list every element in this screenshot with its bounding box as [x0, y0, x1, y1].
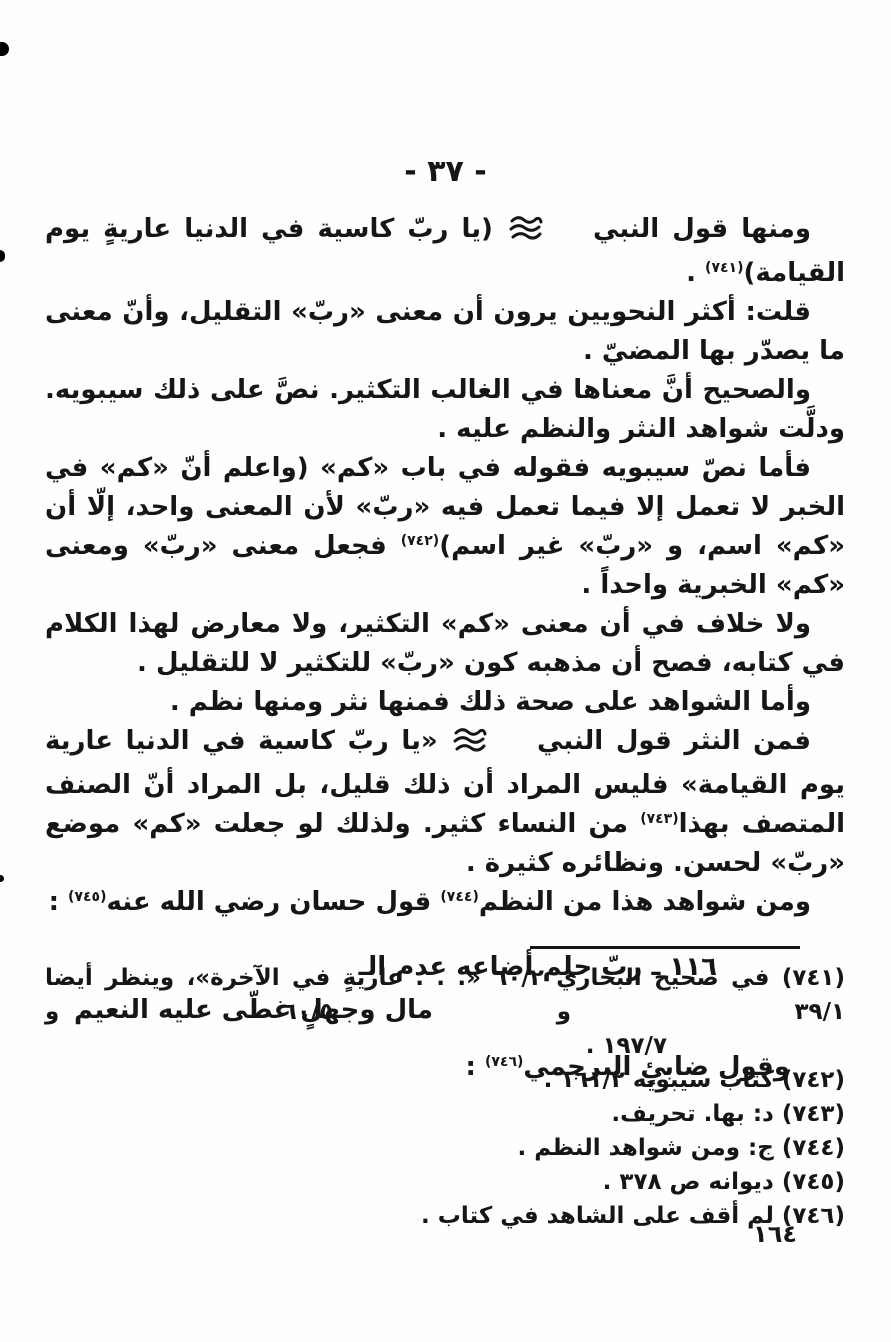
footnote-ref: (٧٤٥)	[68, 889, 106, 905]
paragraph-shawahid: وأما الشواهد على صحة ذلك فمنها نثر ومنها…	[45, 683, 845, 722]
pbuh-ligature-icon	[509, 214, 577, 254]
footnote-item: (٧٤٦) لم أقف على الشاهد في كتاب .	[45, 1199, 845, 1233]
scan-binding-artifact	[0, 42, 9, 56]
paragraph-min-nazm: ومن شواهد هذا من النظم(٧٤٤) قول حسان رضي…	[45, 883, 845, 922]
footnote-ref: (٧٤٢)	[401, 533, 439, 549]
footnote-text: في صحيح البخاري ٦٠/٢ «. . . عاريةٍ في ال…	[45, 965, 845, 1025]
footnote-item: (٧٤٤) ج: ومن شواهد النظم .	[45, 1131, 845, 1165]
footnote-list: (٧٤١) في صحيح البخاري ٦٠/٢ «. . . عاريةٍ…	[45, 961, 845, 1233]
paragraph-sahih-takthir: والصحيح أنَّ معناها في الغالب التكثير. ن…	[45, 371, 845, 449]
footnote-item: (٧٤٢) كتاب سيبويه ١٦١/٢ .	[45, 1063, 845, 1097]
footnote-text: د: بها. تحريف.	[611, 1101, 782, 1127]
footnote-item: (٧٤٥) ديوانه ص ٣٧٨ .	[45, 1165, 845, 1199]
scan-binding-artifact	[0, 250, 5, 262]
paragraph-qultu: قلت: أكثر النحويين يرون أن معنى «ربّ» ال…	[45, 293, 845, 371]
footnote-item: (٧٤١) في صحيح البخاري ٦٠/٢ «. . . عاريةٍ…	[45, 961, 845, 1063]
footnote-marker: (٧٤٣)	[782, 1101, 845, 1127]
footnote-ref: (٧٤١)	[705, 260, 743, 276]
footnote-text: لم أقف على الشاهد في كتاب .	[421, 1203, 782, 1229]
footnote-continuation: ١٩٧/٧ .	[45, 1029, 845, 1063]
footnote-ref: (٧٤٤)	[440, 889, 478, 905]
scan-binding-artifact	[0, 875, 4, 882]
footnote-text: كتاب سيبويه ١٦١/٢ .	[544, 1067, 782, 1093]
footnote-text: ج: ومن شواهد النظم .	[518, 1135, 782, 1161]
footnote-marker: (٧٤١)	[782, 965, 845, 991]
paragraph-la-khilaf: ولا خلاف في أن معنى «كم» التكثير، ولا مع…	[45, 605, 845, 683]
paragraph-nass-sibawayh: فأما نصّ سيبويه فقوله في باب «كم» (واعلم…	[45, 449, 845, 605]
footnote-ref: (٧٤٣)	[640, 811, 678, 827]
footnote-text: ديوانه ص ٣٧٨ .	[603, 1169, 782, 1195]
paragraph-hadith-rubb: ومنها قول النبي (يا ربّ كاسية في الدنيا …	[45, 210, 845, 293]
footnote-separator-rule	[530, 946, 800, 949]
footnote-marker: (٧٤٢)	[782, 1067, 845, 1093]
page-header-number: - ٣٧ -	[0, 154, 891, 189]
footnotes-section: (٧٤١) في صحيح البخاري ٦٠/٢ «. . . عاريةٍ…	[45, 946, 845, 1233]
footnote-marker: (٧٤٥)	[782, 1169, 845, 1195]
page-number: ١٦٤	[753, 1220, 797, 1248]
pbuh-ligature-icon	[453, 726, 521, 766]
footnote-item: (٧٤٣) د: بها. تحريف.	[45, 1097, 845, 1131]
paragraph-min-nathr: فمن النثر قول النبي «يا ربّ كاسية في الد…	[45, 722, 845, 883]
book-page-scan: - ٣٧ - ومنها قول النبي (يا ربّ كاسية في …	[0, 0, 891, 1342]
footnote-marker: (٧٤٤)	[782, 1135, 845, 1161]
